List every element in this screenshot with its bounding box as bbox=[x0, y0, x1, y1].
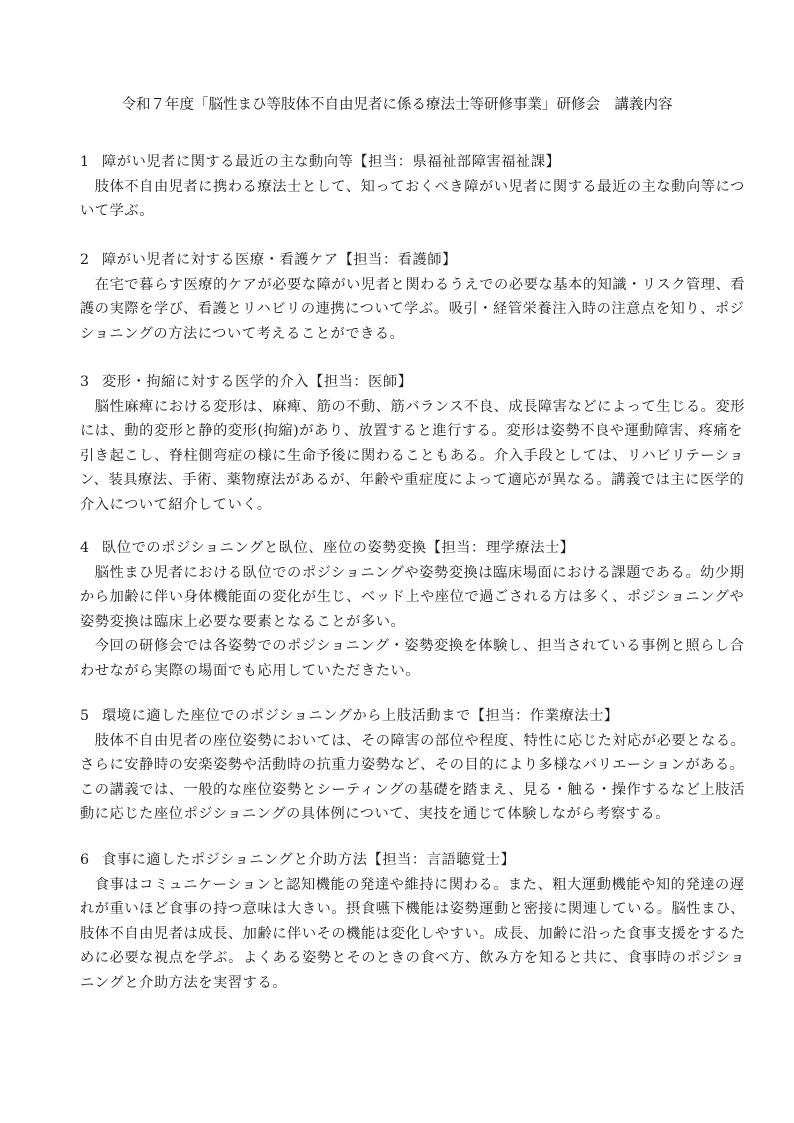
body-line: 姿勢変換は臨床上必要な要素となることが多い。 bbox=[80, 610, 720, 635]
section-3: 3変形・拘縮に対する医学的介入【担当：医師】 脳性麻痺における変形は、麻痺、筋の… bbox=[80, 370, 720, 518]
section-heading: 3変形・拘縮に対する医学的介入【担当：医師】 bbox=[80, 370, 720, 395]
section-heading-text: 食事に適したポジショニングと介助方法【担当：言語聴覚士】 bbox=[102, 852, 515, 868]
body-line: れが重いほど食事の持つ意味は大きい。摂食嚥下機能は姿勢運動と密接に関連している。… bbox=[80, 897, 720, 922]
body-line: めに必要な視点を学ぶ。よくある姿勢とそのときの食べ方、飲み方を知ると共に、食事時… bbox=[80, 946, 720, 971]
document-title: 令和７年度「脳性まひ等肢体不自由児者に係る療法士等研修事業」研修会 講義内容 bbox=[0, 93, 794, 114]
section-heading: 6食事に適したポジショニングと介助方法【担当：言語聴覚士】 bbox=[80, 848, 720, 873]
section-number: 3 bbox=[80, 370, 102, 395]
section-6: 6食事に適したポジショニングと介助方法【担当：言語聴覚士】 食事はコミュニケーシ… bbox=[80, 848, 720, 996]
section-number: 5 bbox=[80, 704, 102, 729]
body-line: この講義では、一般的な座位姿勢とシーティングの基礎を踏まえ、見る・触る・操作する… bbox=[80, 778, 720, 803]
section-heading: 4臥位でのポジショニングと臥位、座位の姿勢変換【担当：理学療法士】 bbox=[80, 536, 720, 561]
section-heading: 1障がい児者に関する最近の主な動向等【担当：県福祉部障害福祉課】 bbox=[80, 150, 720, 175]
section-heading-text: 環境に適した座位でのポジショニングから上肢活動まで【担当：作業療法士】 bbox=[102, 708, 619, 724]
body-line: 肢体不自由児者の座位姿勢においては、その障害の部位や程度、特性に応じた対応が必要… bbox=[80, 729, 720, 754]
section-5: 5環境に適した座位でのポジショニングから上肢活動まで【担当：作業療法士】 肢体不… bbox=[80, 704, 720, 827]
body-line: 在宅で暮らす医療的ケアが必要な障がい児者と関わるうえでの必要な基本的知識・リスク… bbox=[80, 273, 720, 298]
section-heading-text: 臥位でのポジショニングと臥位、座位の姿勢変換【担当：理学療法士】 bbox=[102, 540, 575, 556]
body-line: には、動的変形と静的変形(拘縮)があり、放置すると進行する。変形は姿勢不良や運動… bbox=[80, 419, 720, 444]
body-line: わせながら実際の場面でも応用していただきたい。 bbox=[80, 659, 720, 684]
section-heading-text: 障がい児者に関する最近の主な動向等【担当：県福祉部障害福祉課】 bbox=[102, 154, 560, 170]
body-line: 脳性まひ児者における臥位でのポジショニングや姿勢変換は臨床場面における課題である… bbox=[80, 561, 720, 586]
section-number: 1 bbox=[80, 150, 102, 175]
section-4: 4臥位でのポジショニングと臥位、座位の姿勢変換【担当：理学療法士】 脳性まひ児者… bbox=[80, 536, 720, 684]
section-heading: 5環境に適した座位でのポジショニングから上肢活動まで【担当：作業療法士】 bbox=[80, 704, 720, 729]
body-line: ショニングの方法について考えることができる。 bbox=[80, 322, 720, 347]
body-line: さらに安静時の安楽姿勢や活動時の抗重力姿勢など、その目的により多様なバリエーショ… bbox=[80, 753, 720, 778]
section-1: 1障がい児者に関する最近の主な動向等【担当：県福祉部障害福祉課】 肢体不自由児者… bbox=[80, 150, 720, 224]
section-2: 2障がい児者に対する医療・看護ケア【担当：看護師】 在宅で暮らす医療的ケアが必要… bbox=[80, 248, 720, 346]
section-number: 6 bbox=[80, 848, 102, 873]
body-line: から加齢に伴い身体機能面の変化が生じ、ベッド上や座位で過ごされる方は多く、ポジシ… bbox=[80, 585, 720, 610]
body-line: 動に応じた座位ポジショニングの具体例について、実技を通じて体験しながら考察する。 bbox=[80, 802, 720, 827]
body-line: 引き起こし、脊柱側弯症の様に生命予後に関わることもある。介入手段としては、リハビ… bbox=[80, 444, 720, 469]
body-line: 今回の研修会では各姿勢でのポジショニング・姿勢変換を体験し、担当されている事例と… bbox=[80, 634, 720, 659]
section-heading-text: 障がい児者に対する医療・看護ケア【担当：看護師】 bbox=[102, 252, 457, 268]
body-line: 食事はコミュニケーションと認知機能の発達や維持に関わる。また、粗大運動機能や知的… bbox=[80, 873, 720, 898]
body-line: 肢体不自由児者に携わる療法士として、知っておくべき障がい児者に関する最近の主な動… bbox=[80, 175, 720, 200]
body-line: 肢体不自由児者は成長、加齢に伴いその機能は変化しやすい。成長、加齢に沿った食事支… bbox=[80, 922, 720, 947]
section-heading: 2障がい児者に対する医療・看護ケア【担当：看護師】 bbox=[80, 248, 720, 273]
body-line: ニングと介助方法を実習する。 bbox=[80, 971, 720, 996]
section-number: 4 bbox=[80, 536, 102, 561]
body-line: 介入について紹介していく。 bbox=[80, 493, 720, 518]
body-line: 護の実際を学び、看護とリハビリの連携について学ぶ。吸引・経管栄養注入時の注意点を… bbox=[80, 297, 720, 322]
section-heading-text: 変形・拘縮に対する医学的介入【担当：医師】 bbox=[102, 374, 413, 390]
body-line: ン、装具療法、手術、薬物療法があるが、年齢や重症度によって適応が異なる。講義では… bbox=[80, 468, 720, 493]
section-number: 2 bbox=[80, 248, 102, 273]
document-page: 令和７年度「脳性まひ等肢体不自由児者に係る療法士等研修事業」研修会 講義内容 1… bbox=[0, 0, 794, 1123]
body-line: いて学ぶ。 bbox=[80, 199, 720, 224]
body-line: 脳性麻痺における変形は、麻痺、筋の不動、筋バランス不良、成長障害などによって生じ… bbox=[80, 395, 720, 420]
